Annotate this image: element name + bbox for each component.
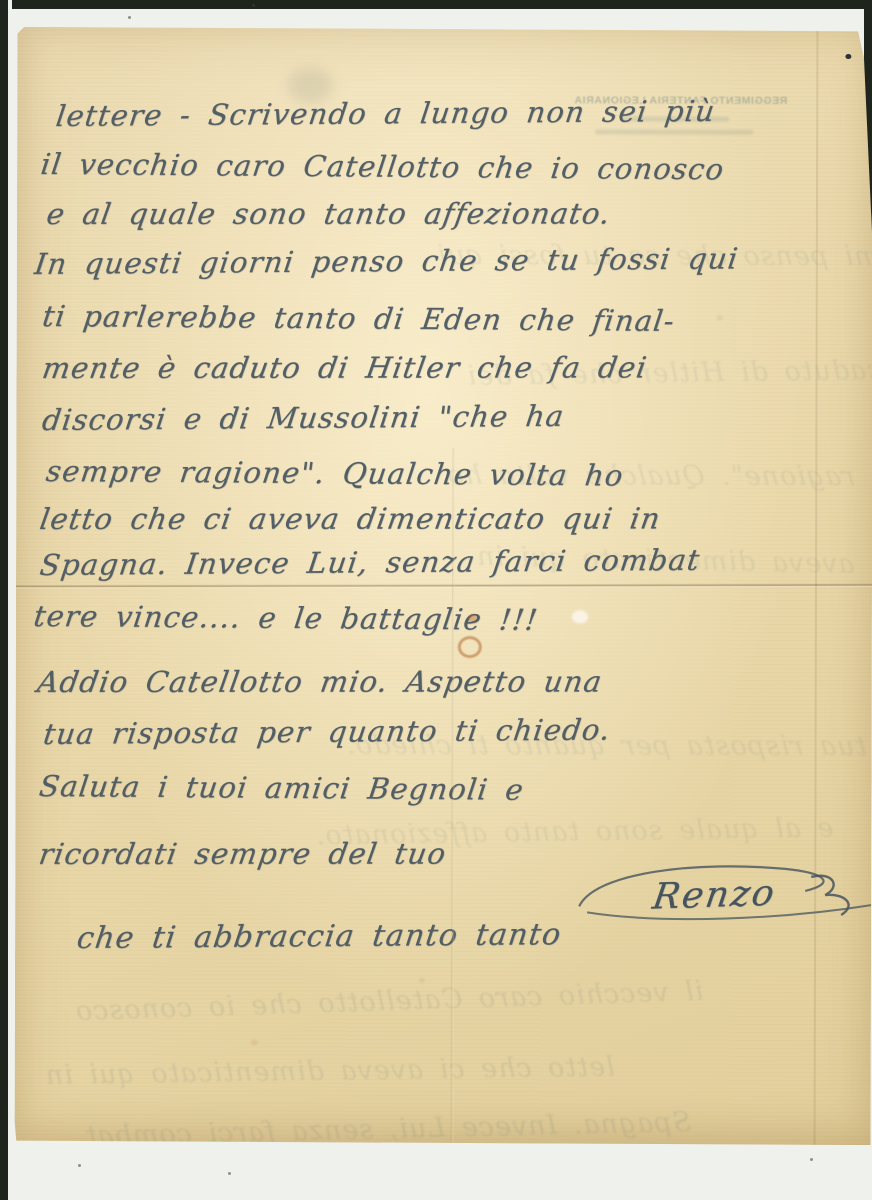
handwriting-line: In questi giorni penso che se tu fossi q…	[33, 241, 741, 281]
handwriting-line: ti parlerebbe tanto di Eden che final-	[40, 299, 677, 338]
smudge-mark	[287, 68, 333, 104]
rust-stain	[419, 978, 425, 983]
handwriting-line: mente è caduto di Hitler che fa dei	[40, 350, 650, 385]
handwriting-line: lettere - Scrivendo a lungo non sei più	[54, 94, 718, 133]
signature: Renzo	[650, 873, 779, 918]
rust-stain	[468, 614, 477, 622]
handwriting-line: sempre ragione". Qualche volta ho	[44, 454, 626, 493]
handwriting-line: letto che ci aveva dimenticato qui in	[37, 501, 663, 536]
rust-stain-ring	[458, 636, 482, 658]
handwriting-line: il vecchio caro Catellotto che io conosc…	[39, 147, 727, 186]
handwriting-line: tere vince.... e le battaglie !!!	[32, 599, 541, 637]
dust-speck	[228, 1172, 231, 1175]
scanner-edge-top	[12, 0, 872, 9]
rust-stain	[251, 1039, 258, 1045]
letter-paper: REGGIMENTO FANTERIA LEGIONARIA In questi…	[15, 27, 872, 1145]
ink-dot	[845, 54, 851, 59]
dust-speck	[252, 4, 255, 7]
scanner-edge-left	[0, 0, 8, 1200]
dust-speck	[128, 16, 131, 19]
rust-stain	[717, 315, 723, 321]
handwriting-line: ricordati sempre del tuo	[37, 837, 449, 871]
handwriting-line: discorsi e di Mussolini "che ha	[40, 399, 566, 437]
dust-speck	[810, 1158, 813, 1161]
handwriting-line: Spagna. Invece Lui, senza farci combat	[38, 543, 703, 582]
handwriting-line: Addio Catellotto mio. Aspetto una	[35, 664, 605, 698]
bleedthrough-mark	[595, 129, 753, 134]
glare-spot	[572, 610, 588, 623]
closing-line: che ti abbraccia tanto tanto	[75, 917, 564, 956]
dust-speck	[78, 1164, 81, 1167]
scanned-letter-page: REGGIMENTO FANTERIA LEGIONARIA In questi…	[0, 0, 872, 1200]
handwriting-line: tua risposta per quanto ti chiedo.	[41, 713, 613, 751]
handwriting-line: e al quale sono tanto affezionato.	[44, 196, 613, 230]
signature-block: Renzo	[575, 856, 872, 943]
